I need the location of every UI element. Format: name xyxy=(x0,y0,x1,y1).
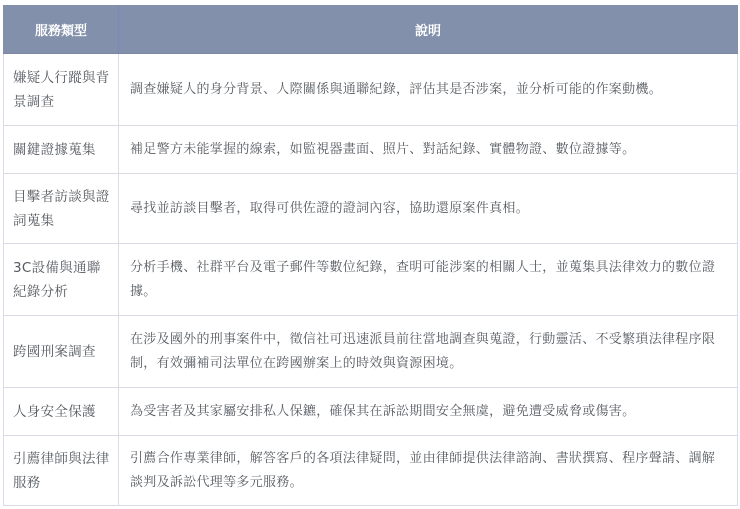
table-row: 跨國刑案調查 在涉及國外的刑事案件中，徵信社可迅速派員前往當地調查與蒐證，行動靈… xyxy=(4,316,738,388)
table-row: 目擊者訪談與證詞蒐集 尋找並訪談目擊者，取得可供佐證的證詞內容，協助還原案件真相… xyxy=(4,174,738,244)
service-type-cell: 人身安全保護 xyxy=(4,388,119,436)
service-type-cell: 嫌疑人行蹤與背景調查 xyxy=(4,54,119,126)
services-table-container: 服務類型 說明 嫌疑人行蹤與背景調查 調查嫌疑人的身分背景、人際關係與通聯紀錄，… xyxy=(3,5,737,506)
description-cell: 補足警方未能掌握的線索，如監視器畫面、照片、對話紀錄、實體物證、數位證據等。 xyxy=(119,126,738,174)
description-cell: 調查嫌疑人的身分背景、人際關係與通聯紀錄，評估其是否涉案，並分析可能的作案動機。 xyxy=(119,54,738,126)
header-description: 說明 xyxy=(119,5,738,54)
table-row: 3C設備與通聯紀錄分析 分析手機、社群平台及電子郵件等數位紀錄，查明可能涉案的相… xyxy=(4,244,738,316)
service-type-cell: 目擊者訪談與證詞蒐集 xyxy=(4,174,119,244)
services-table: 服務類型 說明 嫌疑人行蹤與背景調查 調查嫌疑人的身分背景、人際關係與通聯紀錄，… xyxy=(3,5,738,506)
table-row: 嫌疑人行蹤與背景調查 調查嫌疑人的身分背景、人際關係與通聯紀錄，評估其是否涉案，… xyxy=(4,54,738,126)
table-body: 嫌疑人行蹤與背景調查 調查嫌疑人的身分背景、人際關係與通聯紀錄，評估其是否涉案，… xyxy=(4,54,738,506)
service-type-cell: 跨國刑案調查 xyxy=(4,316,119,388)
table-row: 人身安全保護 為受害者及其家屬安排私人保鑣，確保其在訴訟期間安全無虞，避免遭受威… xyxy=(4,388,738,436)
service-type-cell: 3C設備與通聯紀錄分析 xyxy=(4,244,119,316)
table-header: 服務類型 說明 xyxy=(4,5,738,54)
description-cell: 分析手機、社群平台及電子郵件等數位紀錄，查明可能涉案的相關人士，並蒐集具法律效力… xyxy=(119,244,738,316)
header-row: 服務類型 說明 xyxy=(4,5,738,54)
description-cell: 尋找並訪談目擊者，取得可供佐證的證詞內容，協助還原案件真相。 xyxy=(119,174,738,244)
table-row: 引薦律師與法律服務 引薦合作專業律師，解答客戶的各項法律疑問，並由律師提供法律諮… xyxy=(4,436,738,506)
table-row: 關鍵證據蒐集 補足警方未能掌握的線索，如監視器畫面、照片、對話紀錄、實體物證、數… xyxy=(4,126,738,174)
description-cell: 為受害者及其家屬安排私人保鑣，確保其在訴訟期間安全無虞，避免遭受威脅或傷害。 xyxy=(119,388,738,436)
service-type-cell: 引薦律師與法律服務 xyxy=(4,436,119,506)
header-service-type: 服務類型 xyxy=(4,5,119,54)
description-cell: 在涉及國外的刑事案件中，徵信社可迅速派員前往當地調查與蒐證，行動靈活、不受繁瑣法… xyxy=(119,316,738,388)
service-type-cell: 關鍵證據蒐集 xyxy=(4,126,119,174)
description-cell: 引薦合作專業律師，解答客戶的各項法律疑問，並由律師提供法律諮詢、書狀撰寫、程序聲… xyxy=(119,436,738,506)
